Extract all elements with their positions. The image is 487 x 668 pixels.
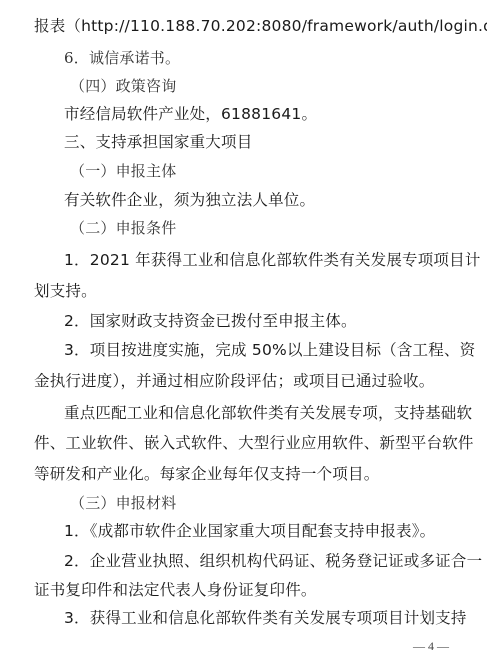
paragraph-line: 件、工业软件、嵌入式软件、大型行业应用软件、新型平台软件 <box>34 433 474 453</box>
subheading-materials: （三）申报材料 <box>70 493 176 513</box>
paragraph-line: 证书复印件和法定代表人身份证复印件。 <box>34 580 317 600</box>
list-item-6: 6．诚信承诺书。 <box>64 48 180 68</box>
paragraph-line: 重点匹配工业和信息化部软件类有关发展专项，支持基础软 <box>64 403 472 423</box>
page-number: — 4 — <box>413 639 449 654</box>
paragraph-line: 金执行进度），并通过相应阶段评估；或项目已通过验收。 <box>34 371 434 391</box>
paragraph-line: 划支持。 <box>34 281 97 301</box>
paragraph-line: 等研发和产业化。每家企业每年仅支持一个项目。 <box>34 464 379 484</box>
contact-line: 市经信局软件产业处，61881641。 <box>64 104 317 124</box>
list-item-3: 3．项目按进度实施，完成 50%以上建设目标（含工程、资 <box>64 340 475 360</box>
list-item-2: 2．国家财政支持资金已拨付至申报主体。 <box>64 311 357 331</box>
list-item-3: 3．获得工业和信息化部软件类有关发展专项项目计划支持 <box>64 608 467 628</box>
subheading-applicant: （一）申报主体 <box>70 161 176 181</box>
list-item-1: 1．《成都市软件企业国家重大项目配套支持申报表》。 <box>64 521 435 541</box>
paragraph-line: 有关软件企业，须为独立法人单位。 <box>64 190 315 210</box>
subheading-policy-consultation: （四）政策咨询 <box>70 76 176 96</box>
text-line-url: 报表（http://110.188.70.202:8080/framework/… <box>34 16 487 36</box>
list-item-1: 1．2021 年获得工业和信息化部软件类有关发展专项项目计 <box>64 250 481 270</box>
list-item-2: 2．企业营业执照、组织机构代码证、税务登记证或多证合一 <box>64 551 482 571</box>
section-heading-3: 三、支持承担国家重大项目 <box>64 132 252 152</box>
subheading-conditions: （二）申报条件 <box>70 218 176 238</box>
